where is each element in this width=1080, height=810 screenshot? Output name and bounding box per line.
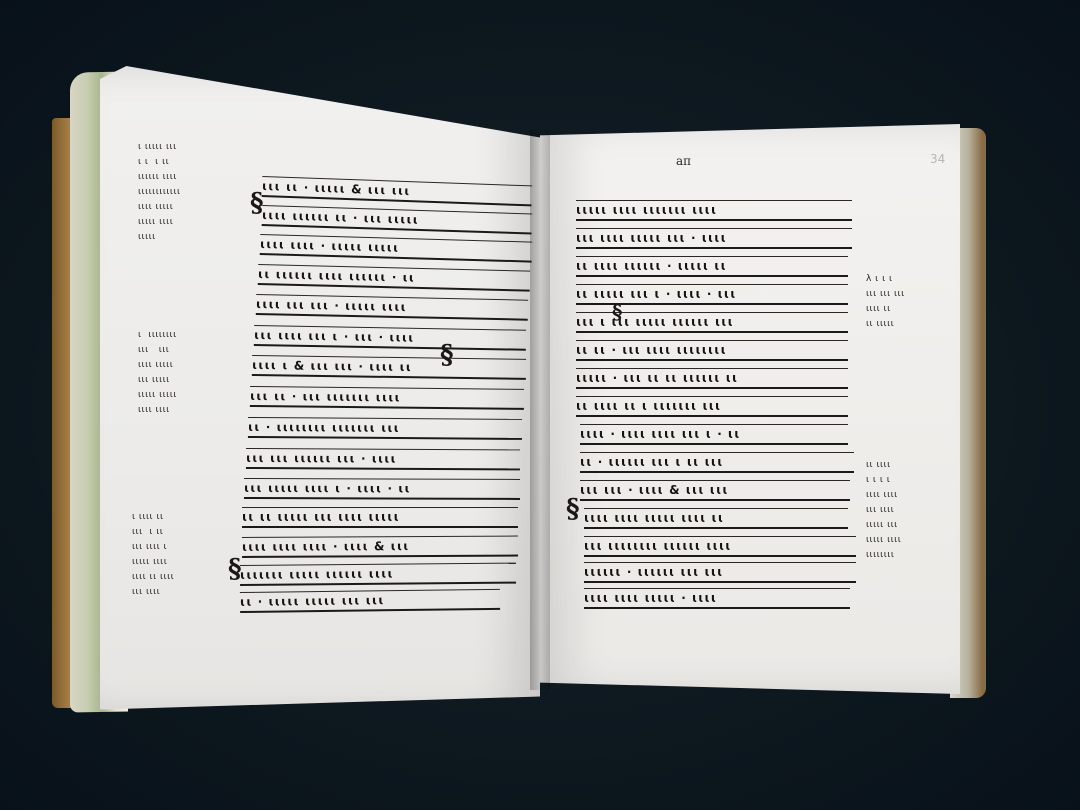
- decorative-initial: §: [612, 300, 622, 324]
- text-line: ꙇꙇꙇꙇꙇꙇ · ꙇꙇꙇꙇꙇꙇ ꙇꙇꙇ ꙇꙇꙇ: [584, 562, 856, 583]
- margin-note: λ ꙇ ꙇ ꙇ ꙇꙇꙇ ꙇꙇꙇ ꙇꙇꙇ ꙇꙇꙇꙇ ꙇꙇ ꙇꙇ ꙇꙇꙇꙇꙇ: [866, 272, 905, 332]
- text-line: ꙇꙇ ꙇꙇꙇꙇ ꙇꙇ ꙇ ꙇꙇꙇꙇꙇꙇꙇ ꙇꙇꙇ: [576, 396, 848, 417]
- book-gutter: [530, 130, 550, 690]
- folio-number: 34: [930, 152, 945, 166]
- text-line: ꙇꙇꙇ ꙇꙇꙇꙇ ꙇꙇꙇꙇꙇ ꙇꙇꙇ · ꙇꙇꙇꙇ: [576, 228, 852, 249]
- text-line: ꙇꙇ · ꙇꙇꙇꙇꙇ ꙇꙇꙇꙇꙇ ꙇꙇꙇ ꙇꙇꙇ: [240, 589, 500, 613]
- text-line: ꙇꙇꙇꙇ · ꙇꙇꙇꙇ ꙇꙇꙇꙇ ꙇꙇꙇ ꙇ · ꙇꙇ: [580, 424, 848, 445]
- decorative-initial: §: [440, 340, 454, 370]
- text-line: ꙇꙇꙇ ꙇꙇꙇ ꙇꙇꙇꙇꙇꙇ ꙇꙇꙇ · ꙇꙇꙇꙇ: [246, 448, 520, 470]
- text-line: ꙇꙇꙇꙇ ꙇꙇꙇꙇ ꙇꙇꙇꙇ · ꙇꙇꙇꙇ & ꙇꙇꙇ: [242, 536, 518, 558]
- decorative-initial: §: [250, 188, 264, 218]
- text-line: ꙇꙇꙇꙇ ꙇꙇꙇꙇ ꙇꙇꙇꙇꙇ · ꙇꙇꙇꙇ: [584, 588, 850, 609]
- text-line: ꙇꙇ ꙇꙇ · ꙇꙇꙇ ꙇꙇꙇꙇ ꙇꙇꙇꙇꙇꙇꙇꙇ: [576, 340, 848, 361]
- margin-note: ꙇꙇ ꙇꙇꙇꙇ ꙇ ꙇ ꙇ ꙇ ꙇꙇꙇꙇ ꙇꙇꙇꙇ ꙇꙇꙇ ꙇꙇꙇꙇ ꙇꙇꙇꙇꙇ…: [866, 458, 901, 563]
- decorative-initial: §: [228, 554, 242, 584]
- page-header-mark: ап: [676, 154, 691, 168]
- decorative-initial: §: [566, 494, 580, 524]
- text-line: ꙇꙇꙇꙇ ꙇꙇꙇꙇ ꙇꙇꙇꙇꙇ ꙇꙇꙇꙇ ꙇꙇ: [584, 508, 848, 529]
- text-line: ꙇꙇ · ꙇꙇꙇꙇꙇꙇꙇꙇ ꙇꙇꙇꙇꙇꙇꙇ ꙇꙇꙇ: [248, 417, 522, 440]
- text-line: ꙇꙇꙇꙇꙇꙇꙇ ꙇꙇꙇꙇꙇ ꙇꙇꙇꙇꙇꙇ ꙇꙇꙇꙇ: [240, 563, 516, 586]
- text-line: ꙇꙇ · ꙇꙇꙇꙇꙇꙇ ꙇꙇꙇ ꙇ ꙇꙇ ꙇꙇꙇ: [580, 452, 854, 473]
- margin-note: ꙇ ꙇꙇꙇꙇꙇ ꙇꙇꙇ ꙇ ꙇ ꙇ ꙇꙇ ꙇꙇꙇꙇꙇꙇ ꙇꙇꙇꙇ ꙇꙇꙇꙇꙇꙇꙇ…: [138, 140, 181, 245]
- text-line: ꙇꙇꙇꙇ ꙇ & ꙇꙇꙇ ꙇꙇꙇ · ꙇꙇꙇꙇ ꙇꙇ: [252, 355, 526, 380]
- text-line: ꙇꙇꙇ ꙇꙇꙇ · ꙇꙇꙇꙇ & ꙇꙇꙇ ꙇꙇꙇ: [580, 480, 850, 501]
- text-line: ꙇꙇꙇꙇꙇ · ꙇꙇꙇ ꙇꙇ ꙇꙇ ꙇꙇꙇꙇꙇꙇ ꙇꙇ: [576, 368, 848, 389]
- margin-note: ꙇ ꙇꙇꙇꙇꙇꙇꙇꙇ ꙇꙇꙇ ꙇꙇꙇ ꙇꙇꙇꙇ ꙇꙇꙇꙇꙇ ꙇꙇꙇ ꙇꙇꙇꙇꙇ …: [138, 328, 177, 418]
- text-line: ꙇꙇꙇ ꙇꙇꙇꙇꙇ ꙇꙇꙇꙇ ꙇ · ꙇꙇꙇꙇ · ꙇꙇ: [244, 478, 520, 500]
- text-line: ꙇꙇ ꙇꙇꙇꙇ ꙇꙇꙇꙇꙇꙇ · ꙇꙇꙇꙇꙇ ꙇꙇ: [576, 256, 848, 277]
- text-line: ꙇꙇꙇ ꙇꙇꙇꙇꙇꙇꙇꙇ ꙇꙇꙇꙇꙇꙇ ꙇꙇꙇꙇ: [584, 536, 856, 557]
- margin-note: ꙇ ꙇꙇꙇꙇ ꙇꙇ ꙇꙇꙇ ꙇ ꙇꙇ ꙇꙇꙇ ꙇꙇꙇꙇ ꙇ ꙇꙇꙇꙇꙇ ꙇꙇꙇꙇ…: [132, 510, 174, 600]
- text-line: ꙇꙇ ꙇꙇ ꙇꙇꙇꙇꙇ ꙇꙇꙇ ꙇꙇꙇꙇ ꙇꙇꙇꙇꙇ: [242, 507, 518, 528]
- text-line: ꙇꙇꙇ ꙇꙇ · ꙇꙇꙇ ꙇꙇꙇꙇꙇꙇꙇ ꙇꙇꙇꙇ: [250, 386, 524, 410]
- text-line: ꙇꙇꙇꙇꙇ ꙇꙇꙇꙇ ꙇꙇꙇꙇꙇꙇꙇ ꙇꙇꙇꙇ: [576, 200, 852, 221]
